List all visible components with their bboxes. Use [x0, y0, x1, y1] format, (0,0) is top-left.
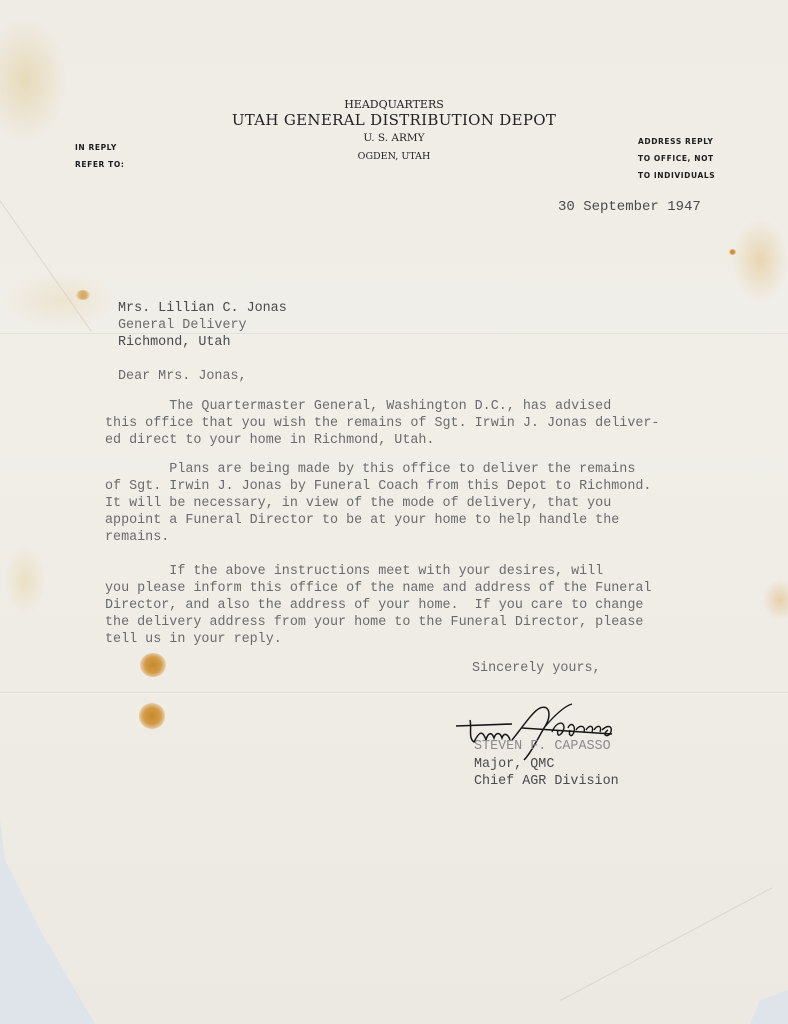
rust-stain: [729, 249, 736, 255]
body-line: tell us in your reply.: [105, 631, 282, 648]
address-reply-note: TO OFFICE, NOT: [638, 154, 714, 163]
rust-stain: [140, 653, 166, 677]
body-line: If the above instructions meet with your…: [105, 563, 603, 580]
in-reply-label: IN REPLY: [75, 143, 117, 152]
body-line: of Sgt. Irwin J. Jonas by Funeral Coach …: [105, 478, 651, 495]
recipient-line2: General Delivery: [118, 317, 247, 334]
signer-division: Chief AGR Division: [474, 773, 619, 790]
body-line: The Quartermaster General, Washington D.…: [105, 398, 611, 415]
body-line: Plans are being made by this office to d…: [105, 461, 635, 478]
letter-date: 30 September 1947: [558, 199, 701, 216]
signer-name: STEVEN F. CAPASSO: [474, 738, 611, 755]
closing: Sincerely yours,: [472, 660, 601, 677]
fold-line: [0, 692, 788, 694]
recipient-name: Mrs. Lillian C. Jonas: [118, 300, 287, 317]
address-reply-note: ADDRESS REPLY: [638, 137, 713, 146]
salutation: Dear Mrs. Jonas,: [118, 368, 247, 385]
refer-to-label: REFER TO:: [75, 160, 124, 169]
letter-paper: HEADQUARTERS UTAH GENERAL DISTRIBUTION D…: [0, 0, 788, 1024]
body-line: ed direct to your home in Richmond, Utah…: [105, 432, 434, 449]
body-line: you please inform this office of the nam…: [105, 580, 651, 597]
crease: [0, 200, 92, 332]
address-reply-note: TO INDIVIDUALS: [638, 171, 715, 180]
rust-stain: [76, 290, 90, 300]
letterhead-organization: UTAH GENERAL DISTRIBUTION DEPOT: [0, 111, 788, 129]
crease: [560, 887, 772, 1001]
rust-stain: [139, 703, 165, 729]
body-line: Director, and also the address of your h…: [105, 597, 643, 614]
body-line: this office that you wish the remains of…: [105, 415, 659, 432]
letterhead-headquarters: HEADQUARTERS: [0, 98, 788, 111]
recipient-line3: Richmond, Utah: [118, 334, 231, 351]
body-line: remains.: [105, 529, 169, 546]
body-line: appoint a Funeral Director to be at your…: [105, 512, 619, 529]
body-line: the delivery address from your home to t…: [105, 614, 643, 631]
signer-title: Major, QMC: [474, 756, 554, 773]
body-line: It will be necessary, in view of the mod…: [105, 495, 611, 512]
